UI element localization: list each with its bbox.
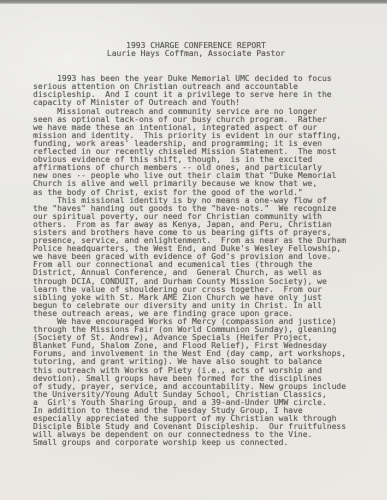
scan-edge-artifact (0, 0, 387, 4)
document-title: 1993 CHARGE CONFERENCE REPORT Laurie Hay… (33, 42, 359, 58)
paragraph-missional-identity: This missional identity is by no means a… (33, 197, 359, 318)
paragraph-works-of-mercy: We have encouraged Works of Mercy (compa… (33, 318, 359, 448)
paragraph-introduction: 1993 has been the year Duke Memorial UMC… (33, 75, 359, 107)
title-line-author: Laurie Hays Coffman, Associate Pastor (33, 50, 359, 58)
paragraph-missional-outreach: Missional outreach and community service… (33, 108, 359, 197)
scanned-document-page: { "doc": { "title_line1": "1993 CHARGE C… (0, 0, 387, 500)
document-body: 1993 CHARGE CONFERENCE REPORT Laurie Hay… (33, 42, 359, 448)
